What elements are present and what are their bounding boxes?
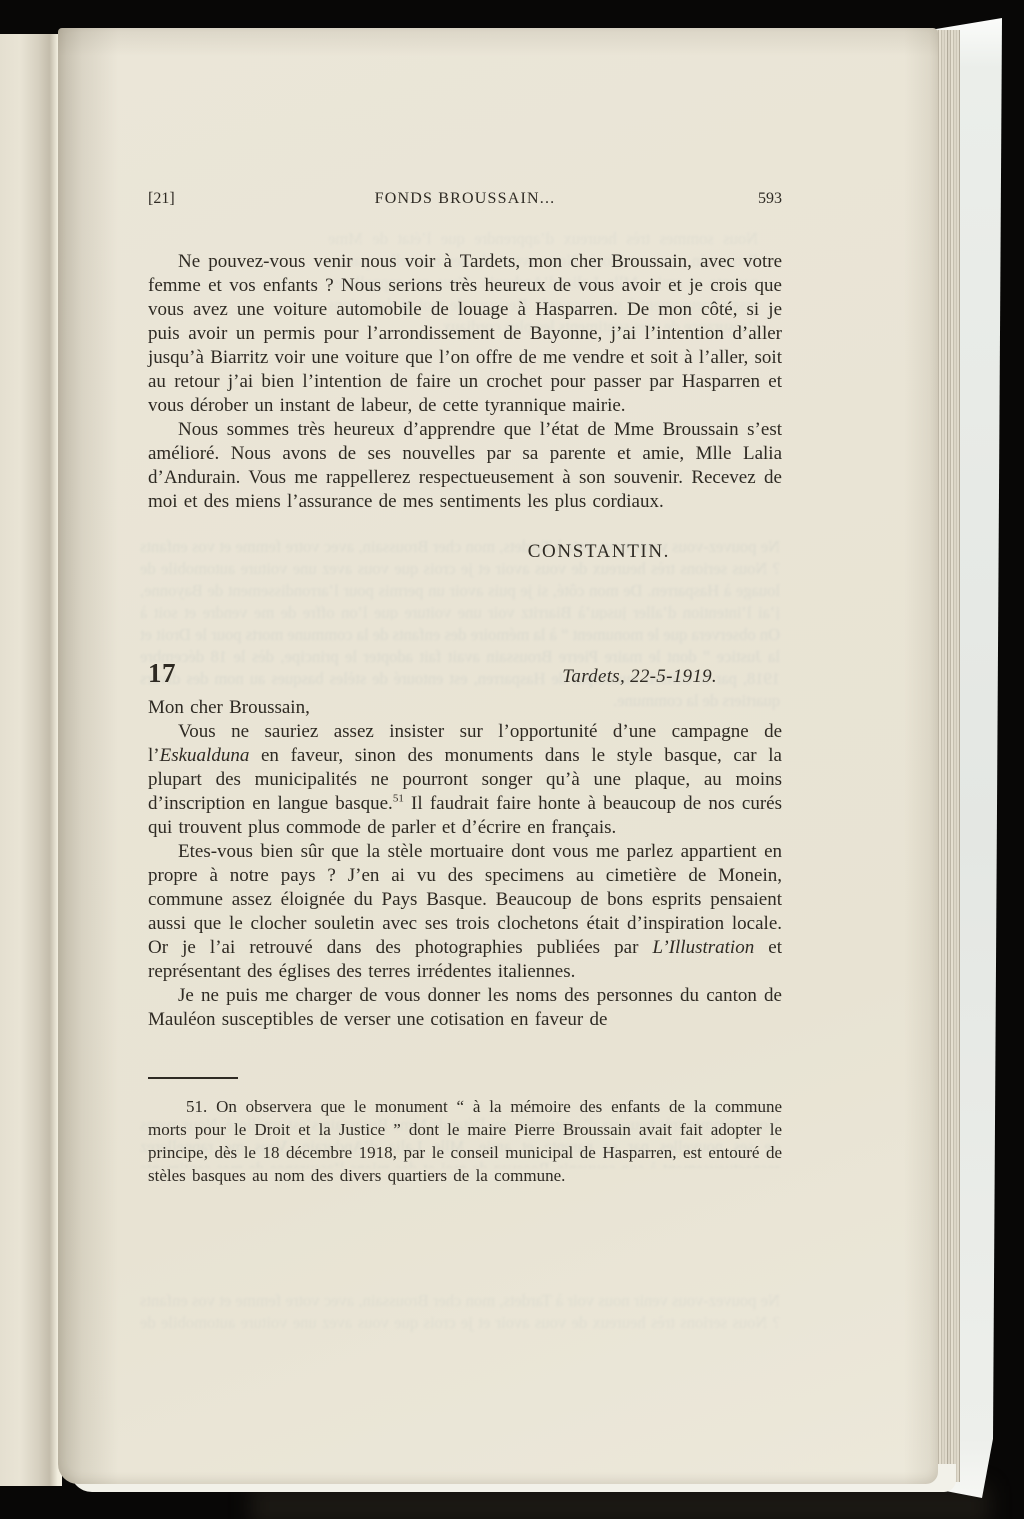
letter-17-heading: 17 Tardets, 22-5-1919. <box>148 657 782 689</box>
letter-paragraph: Vous ne sauriez assez insister sur l’opp… <box>148 720 782 840</box>
letter-dateline: Tardets, 22-5-1919. <box>562 665 717 689</box>
footnote-marker: 51. <box>186 1097 207 1116</box>
page-number: 593 <box>692 188 782 210</box>
letter-number: 17 <box>148 657 176 689</box>
letter-paragraph: Ne pouvez-vous venir nous voir à Tardets… <box>148 250 782 418</box>
letter-16-body: Ne pouvez-vous venir nous voir à Tardets… <box>148 250 782 514</box>
footnote-text: On observera que le monument “ à la mémo… <box>148 1097 782 1185</box>
book-page: Nous sommes très heureux d’apprendre que… <box>58 28 938 1484</box>
book-photo: Nous sommes très heureux d’apprendre que… <box>0 0 1024 1519</box>
footnote: 51. On observera que le monument “ à la … <box>148 1095 782 1187</box>
text-column: [21] FONDS BROUSSAIN... 593 Ne pouvez-vo… <box>148 188 782 1204</box>
letter-17-body: Mon cher Broussain, Vous ne sauriez asse… <box>148 696 782 1032</box>
footnote-separator-rule <box>148 1077 238 1079</box>
letter-paragraph: Je ne puis me charger de vous donner les… <box>148 984 782 1032</box>
bleed-through-text: Ne pouvez-vous venir nous voir à Tardets… <box>140 1290 780 1336</box>
facing-page-gutter <box>0 34 62 1486</box>
running-title: FONDS BROUSSAIN... <box>238 188 692 210</box>
margin-reference: [21] <box>148 188 238 210</box>
letter-signature: CONSTANTIN. <box>148 540 782 564</box>
letter-paragraph: Etes-vous bien sûr que la stèle mortuair… <box>148 840 782 984</box>
letter-salutation: Mon cher Broussain, <box>148 696 782 720</box>
letter-paragraph: Nous sommes très heureux d’apprendre que… <box>148 418 782 514</box>
running-header: [21] FONDS BROUSSAIN... 593 <box>148 188 782 210</box>
